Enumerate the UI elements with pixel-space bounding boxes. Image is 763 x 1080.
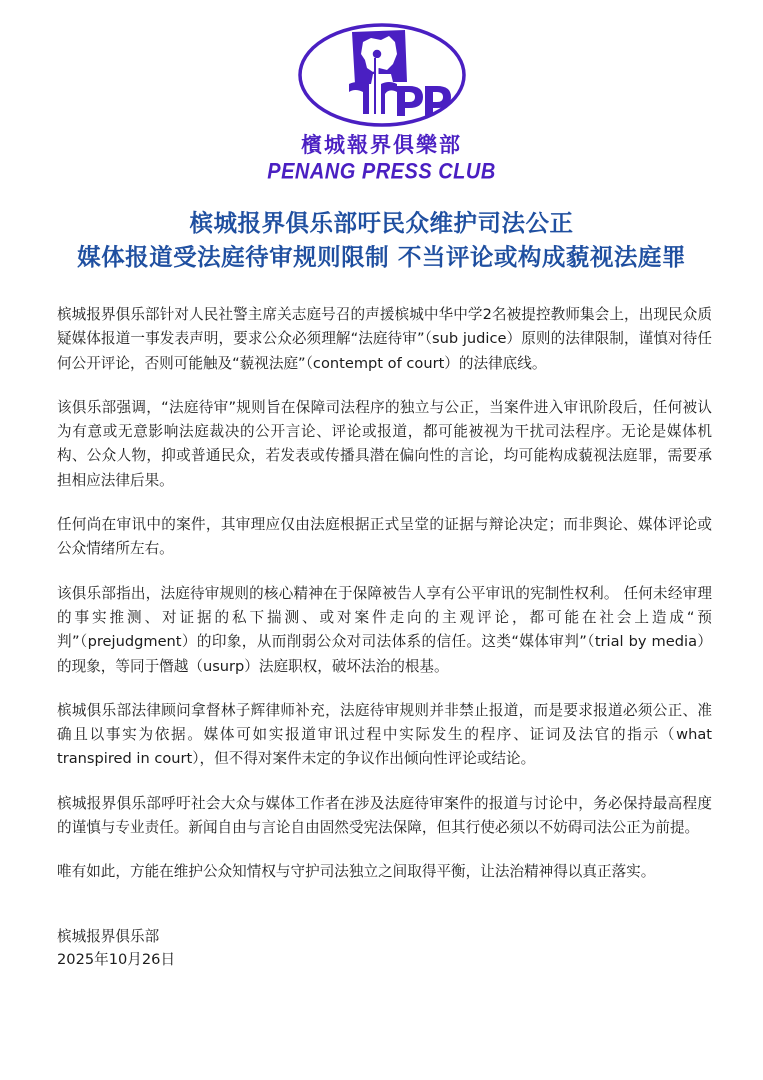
headline: 槟城报界俱乐部吁民众维护司法公正 媒体报道受法庭待审规则限制 不当评论或构成藐视… <box>0 206 763 274</box>
paragraph: 该俱乐部指出，法庭待审规则的核心精神在于保障被告人享有公平审讯的宪制性权利。 任… <box>57 582 712 679</box>
paragraph: 唯有如此，方能在维护公众知情权与守护司法独立之间取得平衡，让法治精神得以真正落实… <box>57 860 712 884</box>
paragraph: 槟城报界俱乐部呼吁社会大众与媒体工作者在涉及法庭待审案件的报道与讨论中，务必保持… <box>57 792 712 841</box>
paragraph: 该俱乐部强调，“法庭待审”规则旨在保障司法程序的独立与公正，当案件进入审讯阶段后… <box>57 396 712 493</box>
signature-block: 槟城报界俱乐部 2025年10月26日 <box>57 925 175 971</box>
article-body: 槟城报界俱乐部针对人民社警主席关志庭号召的声援槟城中华中学2名被提控教师集会上，… <box>57 303 712 905</box>
penang-press-club-emblem-icon <box>297 22 467 128</box>
logo-english-name: PENANG PRESS CLUB <box>267 159 496 185</box>
logo-chinese-name: 檳城報界俱樂部 <box>301 132 462 158</box>
paragraph: 槟城报界俱乐部针对人民社警主席关志庭号召的声援槟城中华中学2名被提控教师集会上，… <box>57 303 712 376</box>
paragraph: 任何尚在审讯中的案件，其审理应仅由法庭根据正式呈堂的证据与辩论决定；而非舆论、媒… <box>57 513 712 562</box>
signature-organization: 槟城报界俱乐部 <box>57 925 175 948</box>
headline-line-1: 槟城报界俱乐部吁民众维护司法公正 <box>0 206 763 240</box>
logo: 檳城報界俱樂部 PENANG PRESS CLUB <box>0 22 763 184</box>
paragraph: 槟城俱乐部法律顾问拿督林子辉律师补充，法庭待审规则并非禁止报道，而是要求报道必须… <box>57 699 712 772</box>
signature-date: 2025年10月26日 <box>57 948 175 971</box>
headline-line-2: 媒体报道受法庭待审规则限制 不当评论或构成藐视法庭罪 <box>0 240 763 274</box>
